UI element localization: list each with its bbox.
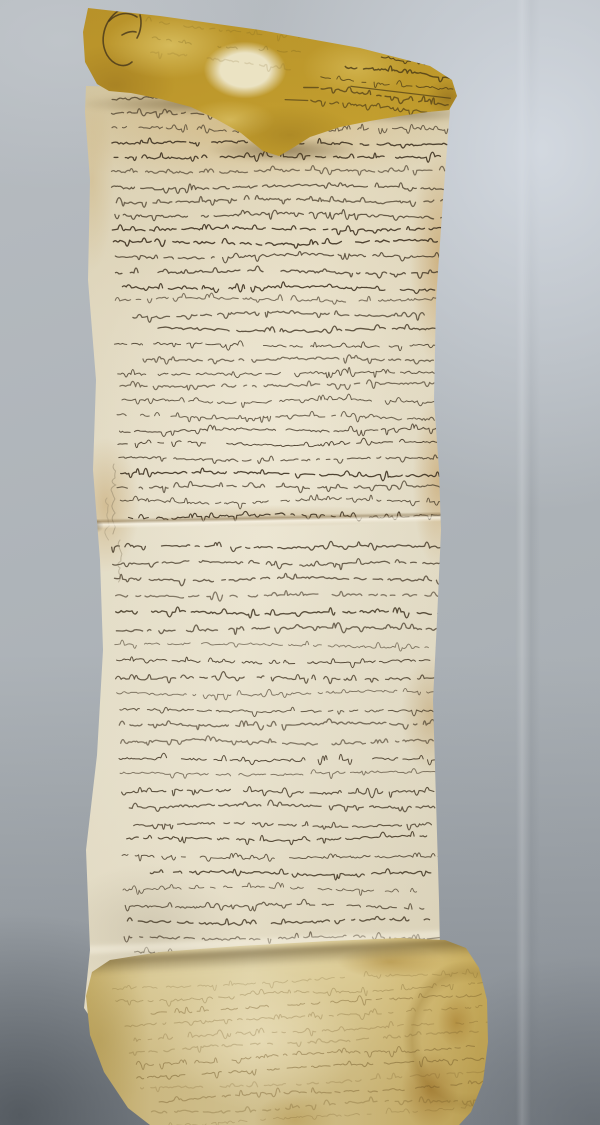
flap-corner-mark (122, 32, 136, 35)
seam-notch (86, 518, 104, 534)
scroll-photograph (0, 0, 600, 1125)
flap-corner-mark (103, 11, 132, 66)
flap-corner-mark (137, 15, 141, 38)
flap-corner-mark (109, 14, 137, 21)
